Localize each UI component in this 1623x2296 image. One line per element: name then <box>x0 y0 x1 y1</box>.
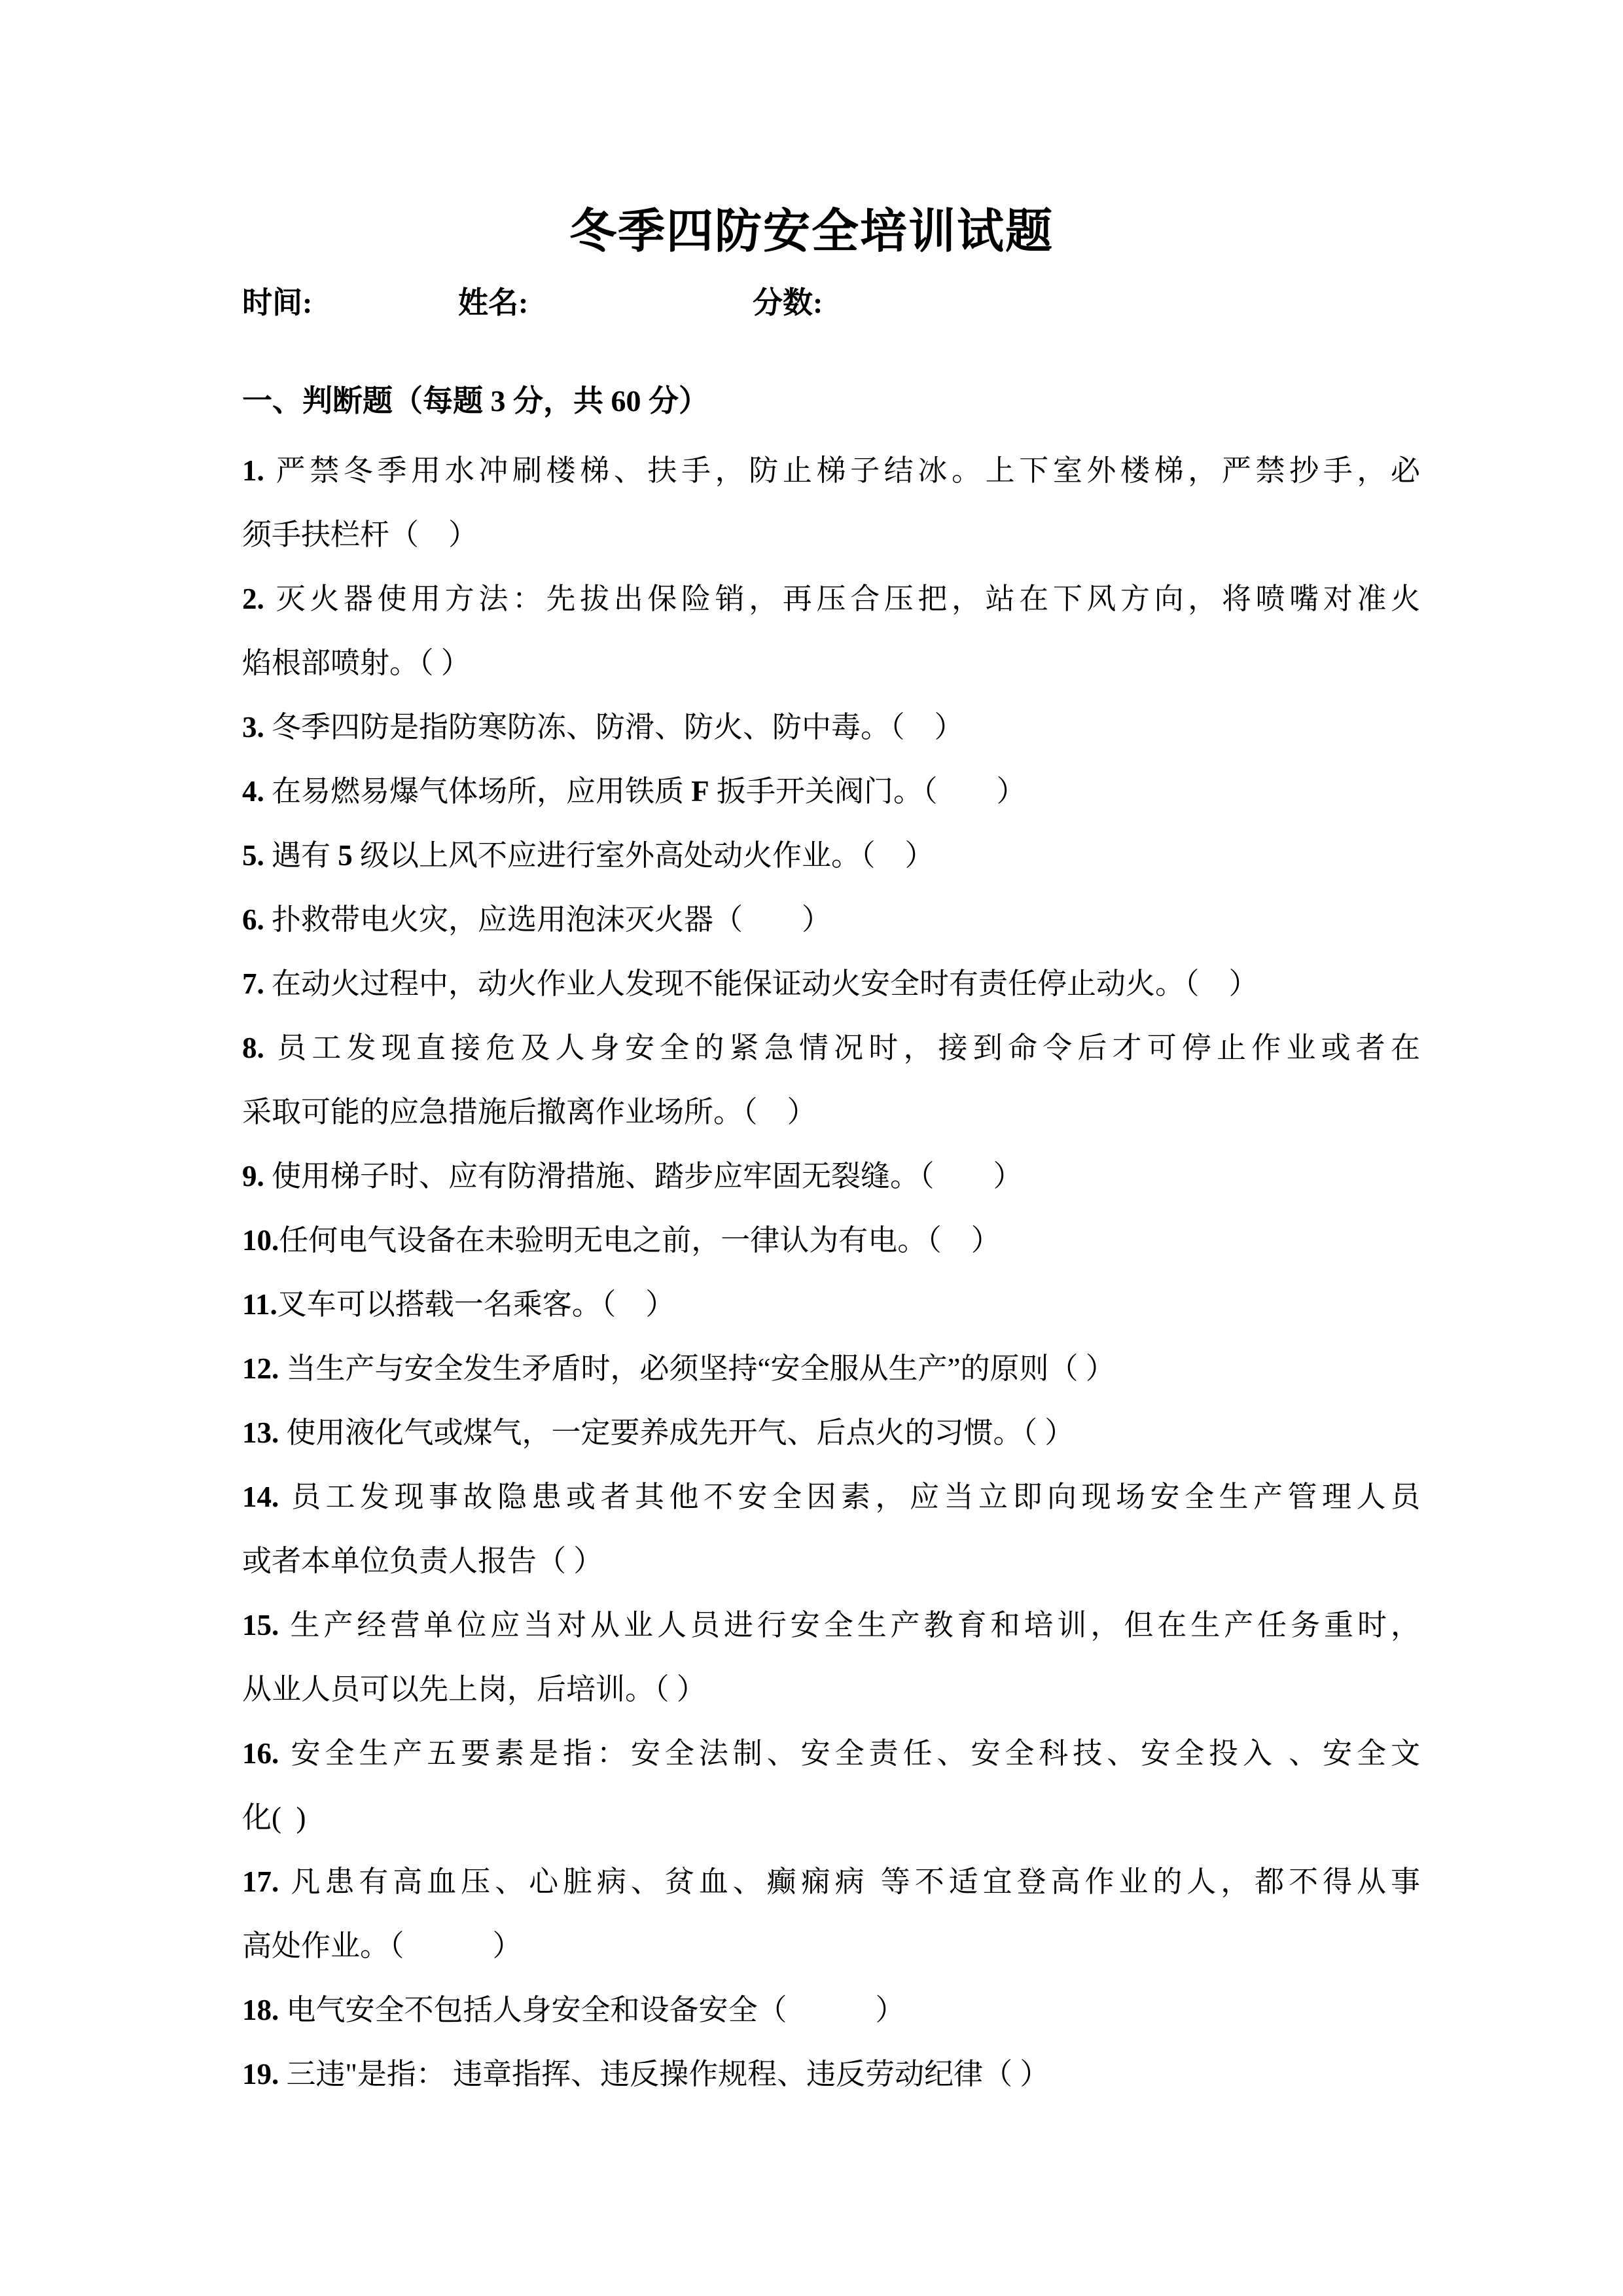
question-line: 12. 当生产与安全发生矛盾时，必须坚持“安全服从生产”的原则（ ） <box>242 1336 1420 1401</box>
page-title: 冬季四防安全培训试题 <box>0 208 1623 255</box>
question-line: 4. 在易燃易爆气体场所，应用铁质 F 扳手开关阀门。（ ） <box>242 759 1420 823</box>
question-line: 16. 安全生产五要素是指：安全法制、安全责任、安全科技、安全投入 、安全文 <box>242 1721 1420 1785</box>
question-line: 焰根部喷射。（ ） <box>242 631 1420 695</box>
question-line: 8. 员工发现直接危及人身安全的紧急情况时，接到命令后才可停止作业或者在 <box>242 1016 1420 1080</box>
question-line: 高处作业。（ ） <box>242 1914 1420 1978</box>
question-line: 1. 严禁冬季用水冲刷楼梯、扶手，防止梯子结冰。上下室外楼梯，严禁抄手，必 <box>242 439 1420 503</box>
question-line: 采取可能的应急措施后撤离作业场所。（ ） <box>242 1080 1420 1144</box>
meta-row: 时间: 姓名: 分数: <box>242 288 1424 321</box>
question-line: 化( ) <box>242 1785 1420 1850</box>
question-line: 5. 遇有 5 级以上风不应进行室外高处动火作业。（ ） <box>242 823 1420 888</box>
question-line: 14. 员工发现事故隐患或者其他不安全因素，应当立即向现场安全生产管理人员 <box>242 1465 1420 1529</box>
question-line: 10.任何电气设备在未验明无电之前，一律认为有电。（ ） <box>242 1208 1420 1272</box>
question-line: 18. 电气安全不包括人身安全和设备安全（ ） <box>242 1978 1420 2042</box>
question-line: 6. 扑救带电火灾，应选用泡沫灭火器（ ） <box>242 888 1420 952</box>
question-line: 或者本单位负责人报告（ ） <box>242 1529 1420 1593</box>
question-line: 19. 三违"是指： 违章指挥、违反操作规程、违反劳动纪律（ ） <box>242 2042 1420 2106</box>
question-line: 7. 在动火过程中，动火作业人发现不能保证动火安全时有责任停止动火。（ ） <box>242 952 1420 1016</box>
question-line: 2. 灭火器使用方法：先拔出保险销，再压合压把，站在下风方向，将喷嘴对准火 <box>242 567 1420 631</box>
question-line: 15. 生产经营单位应当对从业人员进行安全生产教育和培训，但在生产任务重时， <box>242 1593 1420 1657</box>
section-heading: 一、判断题（每题 3 分，共 60 分） <box>242 385 709 418</box>
exam-page: 冬季四防安全培训试题 时间: 姓名: 分数: 一、判断题（每题 3 分，共 60… <box>0 0 1623 2296</box>
question-line: 从业人员可以先上岗，后培训。（ ） <box>242 1657 1420 1721</box>
question-line: 13. 使用液化气或煤气，一定要养成先开气、后点火的习惯。（ ） <box>242 1401 1420 1465</box>
question-line: 17. 凡患有高血压、心脏病、贫血、癫痫病 等不适宜登高作业的人，都不得从事 <box>242 1850 1420 1914</box>
question-line: 3. 冬季四防是指防寒防冻、防滑、防火、防中毒。（ ） <box>242 695 1420 759</box>
question-line: 9. 使用梯子时、应有防滑措施、踏步应牢固无裂缝。（ ） <box>242 1144 1420 1208</box>
question-list: 1. 严禁冬季用水冲刷楼梯、扶手，防止梯子结冰。上下室外楼梯，严禁抄手，必须手扶… <box>242 439 1420 2106</box>
question-line: 须手扶栏杆（ ） <box>242 503 1420 567</box>
question-line: 11.叉车可以搭载一名乘客。（ ） <box>242 1272 1420 1336</box>
name-label: 姓名: <box>458 288 528 318</box>
time-label: 时间: <box>242 288 312 318</box>
score-label: 分数: <box>753 288 823 318</box>
